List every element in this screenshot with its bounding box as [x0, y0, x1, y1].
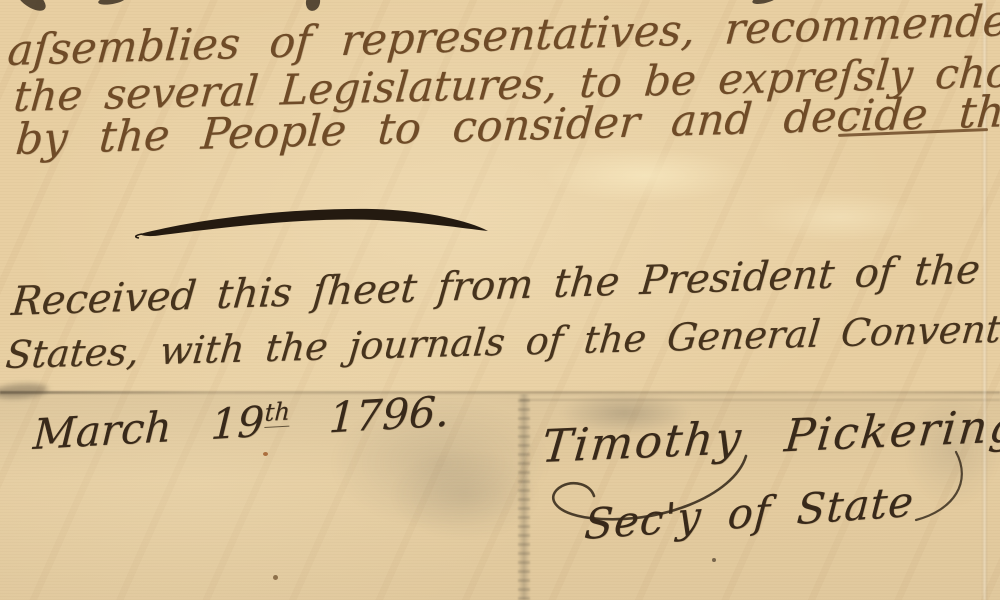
paper-light-patch [755, 192, 925, 242]
flourish-swash-shape [140, 209, 488, 236]
cut-off-ink-stroke [304, 0, 321, 12]
ink-speck [263, 452, 268, 456]
horizontal-fold-crease-faint [520, 399, 1000, 401]
date-year: 1796. [328, 387, 450, 443]
cut-off-ink-stroke [12, 0, 49, 15]
ink-speck [712, 558, 716, 562]
cut-off-ink-stroke [98, 0, 127, 6]
manuscript-page: aſsemblies of representatives, recommend… [0, 0, 1000, 600]
flourish-left-hook [136, 234, 142, 238]
vertical-crease [518, 394, 530, 600]
flourish-divider [132, 202, 494, 242]
ink-speck [273, 575, 278, 580]
date-ordinal-suffix: th [264, 396, 291, 428]
paper-light-patch [545, 148, 745, 203]
horizontal-fold-crease [0, 391, 1000, 394]
